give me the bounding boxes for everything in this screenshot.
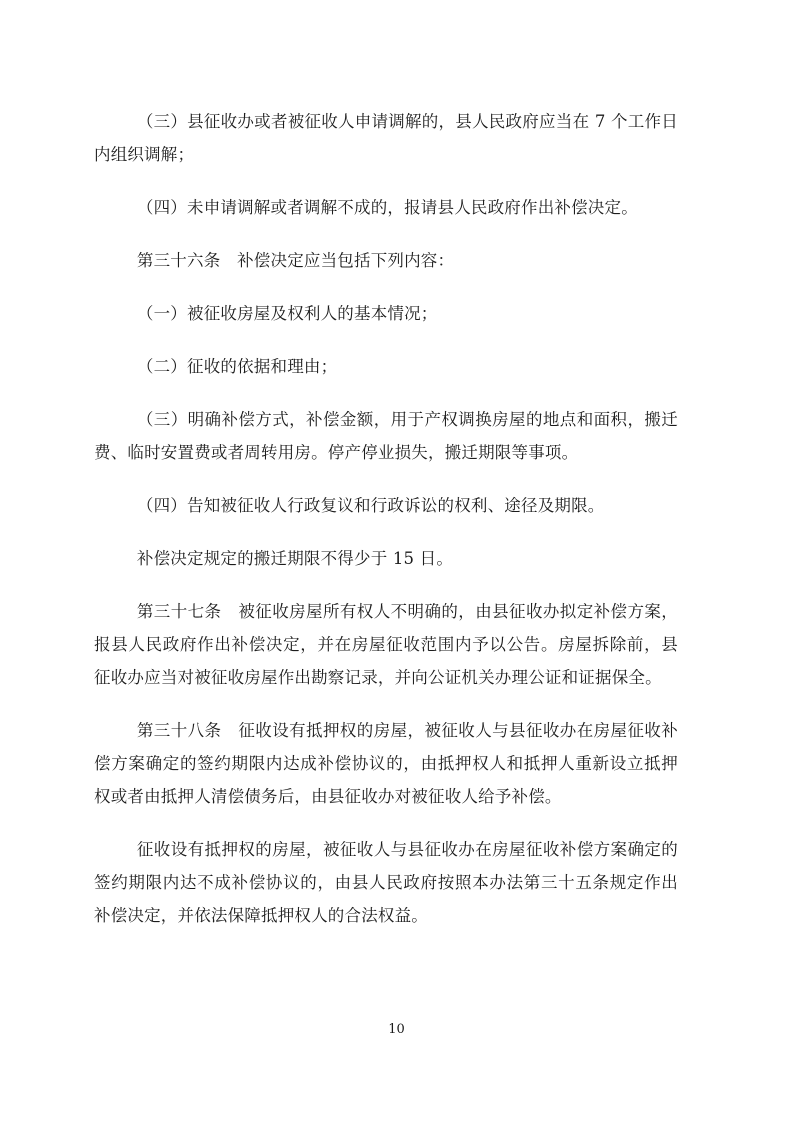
paragraph: 征收设有抵押权的房屋，被征收人与县征收办在房屋征收补偿方案确定的签约期限内达不成…: [94, 833, 678, 932]
paragraph-article-37: 第三十七条 被征收房屋所有权人不明确的，由县征收办拟定补偿方案，报县人民政府作出…: [94, 595, 678, 694]
paragraph: （三）明确补偿方式，补偿金额，用于产权调换房屋的地点和面积，搬迁费、临时安置费或…: [94, 403, 678, 469]
paragraph-article-36: 第三十六条 补偿决定应当包括下列内容：: [94, 244, 678, 277]
page-number: 10: [0, 1020, 793, 1040]
paragraph: （三）县征收办或者被征收人申请调解的，县人民政府应当在 7 个工作日内组织调解；: [94, 105, 678, 171]
document-page: （三）县征收办或者被征收人申请调解的，县人民政府应当在 7 个工作日内组织调解；…: [0, 0, 793, 1122]
paragraph: （四）告知被征收人行政复议和行政诉讼的权利、途径及期限。: [94, 489, 678, 522]
document-body: （三）县征收办或者被征收人申请调解的，县人民政府应当在 7 个工作日内组织调解；…: [94, 105, 678, 952]
paragraph: （二）征收的依据和理由；: [94, 350, 678, 383]
paragraph: （一）被征收房屋及权利人的基本情况；: [94, 297, 678, 330]
paragraph-article-38: 第三十八条 征收设有抵押权的房屋，被征收人与县征收办在房屋征收补偿方案确定的签约…: [94, 714, 678, 813]
paragraph: 补偿决定规定的搬迁期限不得少于 15 日。: [94, 542, 678, 575]
paragraph: （四）未申请调解或者调解不成的，报请县人民政府作出补偿决定。: [94, 191, 678, 224]
